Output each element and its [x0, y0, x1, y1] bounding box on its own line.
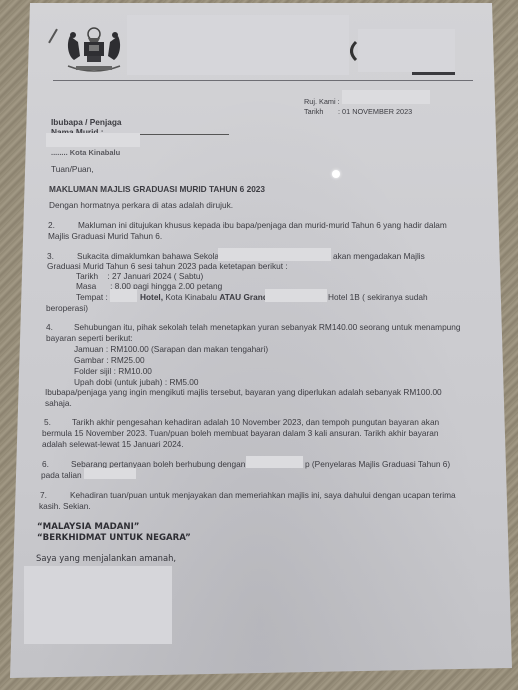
ref-label: Ruj. Kami :	[304, 97, 340, 107]
para2-line1: Makluman ini ditujukan khusus kepada ibu…	[78, 220, 447, 230]
intro-line: Dengan hormatnya perkara di atas adalah …	[49, 200, 233, 210]
closing-line: Saya yang menjalankan amanah,	[36, 553, 176, 563]
event-venue-label: Tempat :	[76, 292, 108, 302]
venue-city: Kota Kinabalu	[163, 292, 219, 302]
redacted-school-name	[127, 15, 349, 75]
para4-line1: Sehubungan itu, pihak sekolah telah mene…	[74, 322, 461, 332]
redacted-hotel-2	[265, 289, 327, 302]
redacted-ref-number	[342, 90, 430, 104]
para6-line1b: p (Penyelaras Majlis Graduasi Tahun 6)	[305, 459, 450, 469]
para5-number: 5.	[44, 417, 51, 427]
para6-number: 6.	[42, 459, 49, 469]
para3-number: 3.	[47, 251, 54, 261]
letterhead-mark	[412, 72, 455, 75]
date-label: Tarikh	[304, 107, 323, 117]
letter-date: : 01 NOVEMBER 2023	[338, 107, 412, 117]
light-glare	[332, 170, 340, 178]
para3-line2: Graduasi Murid Tahun 6 sesi tahun 2023 p…	[47, 261, 288, 271]
para4-line4: sahaja.	[45, 398, 72, 408]
para7-number: 7.	[40, 490, 47, 500]
name-underline	[140, 134, 229, 135]
para5-line3: adalah selewat-lewat 15 Januari 2024.	[42, 439, 184, 449]
para5-line1: Tarikh akhir pengesahan kehadiran adalah…	[72, 417, 439, 427]
para5-line2: bermula 15 November 2023. Tuan/puan bole…	[42, 428, 439, 438]
fee-item: Upah dobi (untuk jubah) : RM5.00	[74, 377, 199, 387]
motto-berkhidmat: “BERKHIDMAT UNTUK NEGARA”	[37, 533, 191, 543]
redacted-logo	[358, 29, 455, 72]
redacted-phone	[84, 468, 136, 479]
para3-line1b: akan mengadakan Majlis	[333, 251, 425, 261]
event-venue-option2: Hotel 1B ( sekiranya sudah	[328, 292, 428, 302]
fee-item: Gambar : RM25.00	[74, 355, 145, 365]
para4-line2: bayaran seperti berikut:	[46, 333, 133, 343]
para7-line2: kasih. Sekian.	[39, 501, 91, 511]
recipient-city: ........ Kota Kinabalu	[51, 148, 120, 158]
para7-line1: Kehadiran tuan/puan untuk menjayakan dan…	[70, 490, 456, 500]
redacted-signature	[24, 566, 172, 644]
para3-line1a: Sukacita dimaklumkan bahawa Sekolah	[77, 251, 224, 261]
venue-hotel: Hotel,	[140, 292, 163, 302]
recipient-line1: Ibubapa / Penjaga	[51, 117, 122, 127]
redacted-hotel-1	[110, 289, 137, 302]
salutation: Tuan/Puan,	[51, 164, 94, 174]
event-venue-option1: Hotel, Kota Kinabalu ATAU Grand	[140, 292, 268, 302]
motto-malaysia-madani: “MALAYSIA MADANI”	[37, 522, 139, 532]
para4-line3: Ibubapa/penjaga yang ingin mengikuti maj…	[45, 387, 442, 397]
fee-item: Jamuan : RM100.00 (Sarapan dan makan ten…	[74, 344, 268, 354]
redacted-address	[46, 133, 140, 147]
coat-of-arms-icon	[62, 26, 126, 76]
letter-document: Ruj. Kami : Tarikh : 01 NOVEMBER 2023 Ib…	[0, 0, 518, 690]
logo-fragment-icon	[350, 40, 358, 62]
letterhead-divider	[53, 80, 473, 81]
venue-alt: ATAU Grand	[219, 292, 268, 302]
event-date: Tarikh : 27 Januari 2024 ( Sabtu)	[76, 271, 203, 281]
redacted-coordinator	[246, 456, 303, 468]
para2-number: 2.	[48, 220, 55, 230]
para6-line2: pada talian	[41, 470, 82, 480]
letter-subject: MAKLUMAN MAJLIS GRADUASI MURID TAHUN 6 2…	[49, 184, 265, 194]
para2-line2: Majlis Graduasi Murid Tahun 6.	[48, 231, 162, 241]
para4-number: 4.	[46, 322, 53, 332]
fee-item: Folder sijil : RM10.00	[74, 366, 152, 376]
pen-mark	[48, 29, 58, 44]
event-venue-note: beroperasi)	[46, 303, 88, 313]
event-time: Masa : 8.00 pagi hingga 2.00 petang	[76, 281, 222, 291]
redacted-school	[218, 248, 331, 261]
